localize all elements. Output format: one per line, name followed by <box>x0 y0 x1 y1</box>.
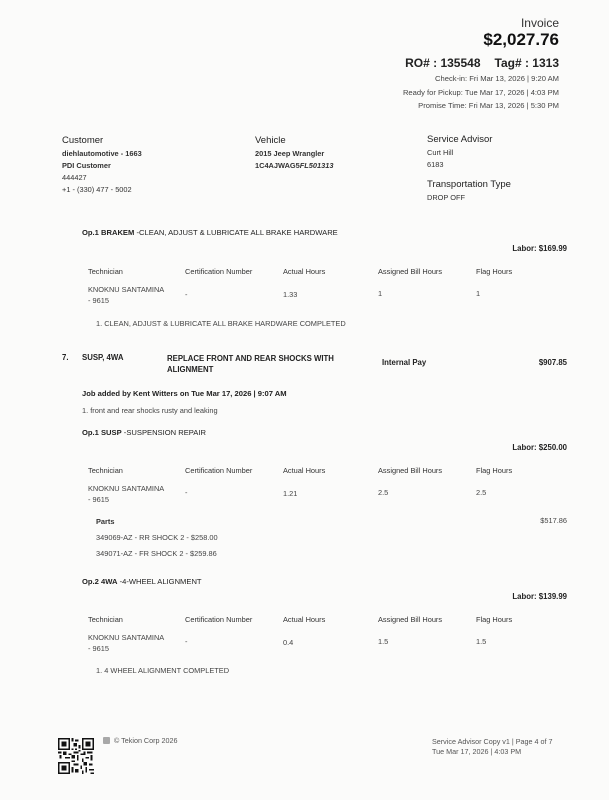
th-certification: Certification Number <box>185 267 252 276</box>
ro-number: RO# : 135548 <box>405 56 480 70</box>
customer-name: PDI Customer <box>62 160 142 172</box>
service-advisor-section: Service Advisor Curt Hill 6183 Transport… <box>427 134 511 204</box>
vin-prefix: 1C4AJWAG5 <box>255 161 300 170</box>
th-certification: Certification Number <box>185 615 252 624</box>
ready-for-pickup-time: Ready for Pickup: Tue Mar 17, 2026 | 4:0… <box>403 88 559 97</box>
th-actual-hours: Actual Hours <box>283 267 325 276</box>
footer-copy-info: Service Advisor Copy v1 | Page 4 of 7 <box>432 737 553 746</box>
actual-hours-value: 1.21 <box>283 488 297 499</box>
document-type: Invoice <box>521 16 559 30</box>
job-added-by: Job added by Kent Witters on Tue Mar 17,… <box>82 389 287 398</box>
technician-line2: - 9615 <box>88 295 164 306</box>
vehicle-section: Vehicle 2015 Jeep Wrangler 1C4AJWAG5FL50… <box>255 135 333 172</box>
customer-id: 444427 <box>62 172 142 184</box>
parts-label: Parts <box>96 517 115 526</box>
op-title-susp: Op.1 SUSP -SUSPENSION REPAIR <box>82 428 206 437</box>
check-in-time: Check-in: Fri Mar 13, 2026 | 9:20 AM <box>435 74 559 83</box>
customer-section: Customer diehlautomotive - 1663 PDI Cust… <box>62 135 142 196</box>
th-flag-hours: Flag Hours <box>476 267 512 276</box>
assigned-hours-value: 1 <box>378 288 382 299</box>
parts-total: $517.86 <box>540 516 567 525</box>
op-code: Op.1 SUSP <box>82 428 122 437</box>
certification-value: - <box>185 289 187 300</box>
certification-value: - <box>185 487 187 498</box>
job-concern: 1. front and rear shocks rusty and leaki… <box>82 406 218 415</box>
ro-tag-line: RO# : 135548Tag# : 1313 <box>405 56 559 70</box>
tekion-logo-icon <box>103 737 110 744</box>
job-amount: $907.85 <box>539 358 567 367</box>
flag-hours-value: 1.5 <box>476 636 486 647</box>
actual-hours-value: 0.4 <box>283 637 293 648</box>
flag-hours-value: 1 <box>476 288 480 299</box>
vin-suffix: FL501313 <box>300 161 334 170</box>
transportation-value: DROP OFF <box>427 192 511 204</box>
customer-account: diehlautomotive - 1663 <box>62 148 142 160</box>
transportation-label: Transportation Type <box>427 179 511 190</box>
certification-value: - <box>185 636 187 647</box>
job-code: SUSP, 4WA <box>82 353 123 362</box>
op-description: -CLEAN, ADJUST & LUBRICATE ALL BRAKE HAR… <box>136 228 337 237</box>
labor-amount: Labor: $250.00 <box>512 443 567 452</box>
th-assigned-bill-hours: Assigned Bill Hours <box>378 466 442 475</box>
assigned-hours-value: 1.5 <box>378 636 388 647</box>
job-description: REPLACE FRONT AND REAR SHOCKS WITH ALIGN… <box>167 353 357 375</box>
customer-label: Customer <box>62 135 142 146</box>
part-item: 349069-AZ - RR SHOCK 2 - $258.00 <box>96 533 218 542</box>
op-completion-note: 1. CLEAN, ADJUST & LUBRICATE ALL BRAKE H… <box>96 319 346 328</box>
op-title-4wa: Op.2 4WA -4-WHEEL ALIGNMENT <box>82 577 202 586</box>
th-technician: Technician <box>88 267 123 276</box>
footer-printed-at: Tue Mar 17, 2026 | 4:03 PM <box>432 747 521 756</box>
th-flag-hours: Flag Hours <box>476 615 512 624</box>
th-actual-hours: Actual Hours <box>283 466 325 475</box>
th-technician: Technician <box>88 615 123 624</box>
service-advisor-id: 6183 <box>427 159 511 171</box>
vehicle-label: Vehicle <box>255 135 333 146</box>
op-code: Op.1 BRAKEM <box>82 228 134 237</box>
customer-phone: +1 - (330) 477 - 5002 <box>62 184 142 196</box>
invoice-total: $2,027.76 <box>483 30 559 50</box>
technician-name: KNOKNU SANTAMINA - 9615 <box>88 284 164 306</box>
technician-line1: KNOKNU SANTAMINA <box>88 284 164 295</box>
labor-amount: Labor: $139.99 <box>512 592 567 601</box>
actual-hours-value: 1.33 <box>283 289 297 300</box>
th-technician: Technician <box>88 466 123 475</box>
labor-amount: Labor: $169.99 <box>512 244 567 253</box>
op-description: -SUSPENSION REPAIR <box>124 428 206 437</box>
th-certification: Certification Number <box>185 466 252 475</box>
promise-time: Promise Time: Fri Mar 13, 2026 | 5:30 PM <box>418 101 559 110</box>
th-assigned-bill-hours: Assigned Bill Hours <box>378 615 442 624</box>
flag-hours-value: 2.5 <box>476 487 486 498</box>
service-advisor-label: Service Advisor <box>427 134 511 145</box>
technician-line2: - 9615 <box>88 643 164 654</box>
op-code: Op.2 4WA <box>82 577 117 586</box>
op-completion-note: 1. 4 WHEEL ALIGNMENT COMPLETED <box>96 666 229 675</box>
th-assigned-bill-hours: Assigned Bill Hours <box>378 267 442 276</box>
service-advisor-name: Curt Hill <box>427 147 511 159</box>
technician-line2: - 9615 <box>88 494 164 505</box>
tag-number: Tag# : 1313 <box>495 56 559 70</box>
job-pay-type: Internal Pay <box>382 358 426 367</box>
vehicle-description: 2015 Jeep Wrangler <box>255 148 333 160</box>
th-flag-hours: Flag Hours <box>476 466 512 475</box>
op-title-brakem: Op.1 BRAKEM -CLEAN, ADJUST & LUBRICATE A… <box>82 228 338 237</box>
op-description: -4-WHEEL ALIGNMENT <box>120 577 202 586</box>
job-number: 7. <box>62 353 69 362</box>
th-actual-hours: Actual Hours <box>283 615 325 624</box>
vehicle-vin: 1C4AJWAG5FL501313 <box>255 160 333 172</box>
part-item: 349071-AZ - FR SHOCK 2 - $259.86 <box>96 549 217 558</box>
qr-code <box>58 738 94 774</box>
technician-name: KNOKNU SANTAMINA - 9615 <box>88 483 164 505</box>
technician-line1: KNOKNU SANTAMINA <box>88 483 164 494</box>
footer-copyright: © Tekion Corp 2026 <box>114 736 178 745</box>
technician-name: KNOKNU SANTAMINA - 9615 <box>88 632 164 654</box>
assigned-hours-value: 2.5 <box>378 487 388 498</box>
technician-line1: KNOKNU SANTAMINA <box>88 632 164 643</box>
